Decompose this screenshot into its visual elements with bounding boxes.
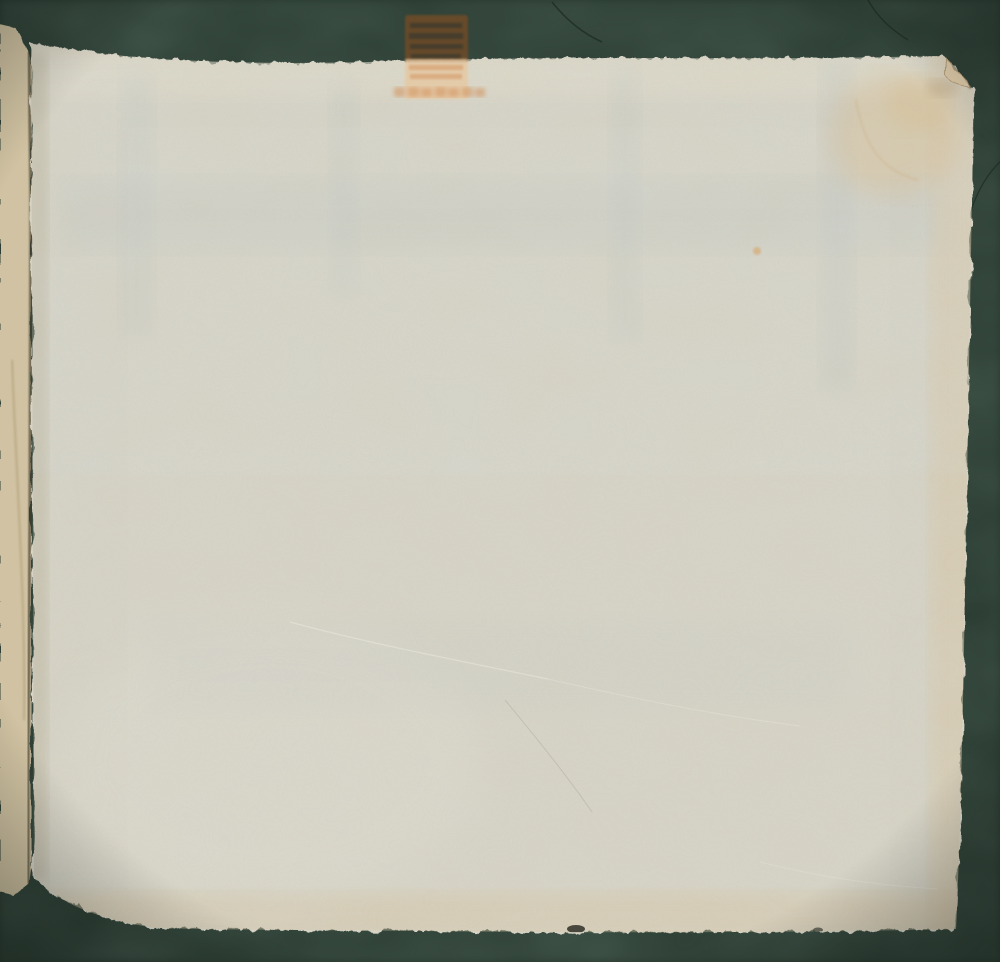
- scan-vignette: [0, 0, 1000, 962]
- scanned-album-page: [0, 0, 1000, 962]
- scan-svg: [0, 0, 1000, 962]
